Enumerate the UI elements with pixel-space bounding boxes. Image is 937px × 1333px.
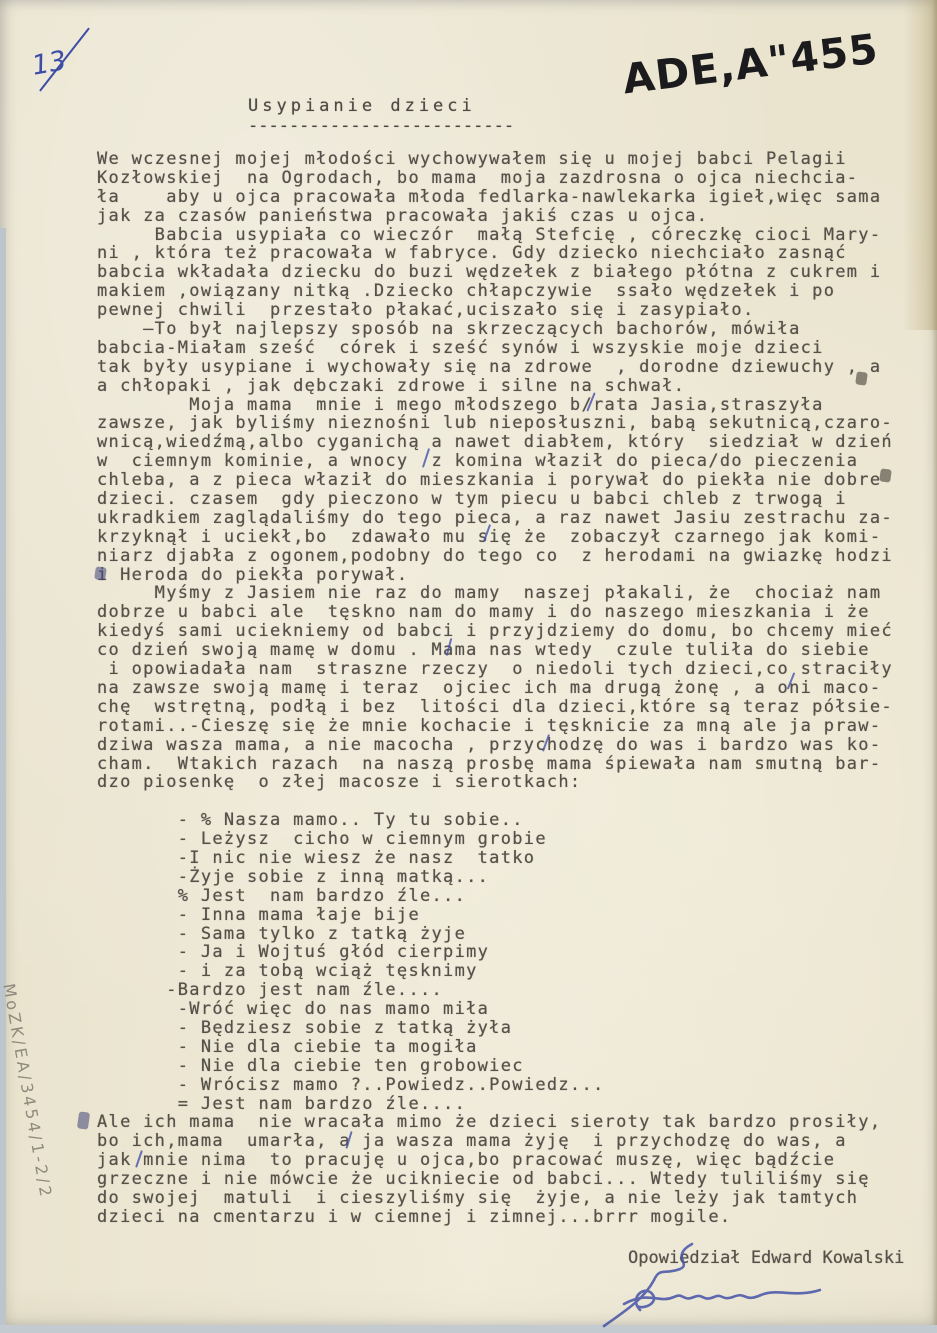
text-line: jak mnie nima to pracuję u ojca,bo praco…: [97, 1151, 893, 1170]
text-line: co dzień swoją mamę w domu . Mama nas wt…: [97, 641, 893, 660]
text-line: ła aby u ojca pracowała młoda fedlarka-n…: [97, 188, 893, 207]
text-line: - % Nasza mamo.. Ty tu sobie..: [97, 811, 893, 830]
text-line: chleba, a z pieca właził do mieszkania i…: [97, 471, 893, 490]
text-line: tak były usypiane i wychowały się na zdr…: [97, 358, 893, 377]
text-line: ukradkiem zaglądaliśmy do tego pieca, a …: [97, 509, 893, 528]
text-line: - Leżysz cicho w ciemnym grobie: [97, 830, 893, 849]
text-line: na zawsze swoją mamę i teraz ojciec ich …: [97, 679, 893, 698]
text-line: dzo piosenkę o złej macosze i sierotkach…: [97, 773, 893, 792]
text-line: - Inna mama łaje bije: [97, 906, 893, 925]
text-line: - Wrócisz mamo ?..Powiedz..Powiedz...: [97, 1076, 893, 1095]
text-line: Babcia usypiała co wieczór małą Stefcię …: [97, 226, 893, 245]
text-line: - Sama tylko z tatką żyje: [97, 925, 893, 944]
text-line: - Ja i Wojtuś głód cierpimy: [97, 943, 893, 962]
text-line: Ale ich mama nie wracała mimo że dzieci …: [97, 1113, 893, 1132]
text-line: Kozłowskiej na Ogrodach, bo mama moja za…: [97, 169, 893, 188]
text-line: - Będziesz sobie z tatką żyła: [97, 1019, 893, 1038]
title-underline: --------------------------: [248, 116, 514, 136]
text-line: krzyknął i uciekł,bo zdawało mu się że z…: [97, 528, 893, 547]
text-line: jak za czasów panieństwa pracowała jakiś…: [97, 207, 893, 226]
scan-background-sliver: [0, 1325, 937, 1333]
scan-background-sliver: [0, 228, 6, 1327]
text-line: wnicą,wiedźmą,albo cyganichą a nawet dia…: [97, 433, 893, 452]
text-line: -I nic nie wiesz że nasz tatko: [97, 849, 893, 868]
text-line: bo ich,mama umarła, a ja wasza mama żyję…: [97, 1132, 893, 1151]
text-line: makiem ,owiązany nitką .Dziecko chłapczy…: [97, 282, 893, 301]
text-line: = Jest nam bardzo źle....: [97, 1095, 893, 1114]
text-line: pewnej chwili przestało płakać,uciszało …: [97, 301, 893, 320]
body-lines: We wczesnej mojej młodości wychowywałem …: [97, 150, 893, 1227]
attribution-line: Opowiedział Edward Kowalski: [628, 1248, 904, 1268]
text-line: -Wróć więc do nas mamo miła: [97, 1000, 893, 1019]
text-line: dobrze u babci ale tęskno nam do mamy i …: [97, 603, 893, 622]
text-line: niarz djabła z ogonem,podobny do tego co…: [97, 547, 893, 566]
text-line: We wczesnej mojej młodości wychowywałem …: [97, 150, 893, 169]
text-line: grzeczne i nie mówcie że ucikniecie od b…: [97, 1170, 893, 1189]
text-line: —To był najlepszy sposób na skrzeczących…: [97, 320, 893, 339]
typed-overstrike: [855, 371, 868, 385]
text-line: babcia wkładała dziecku do buzi wędzełek…: [97, 263, 893, 282]
text-line: ni , która też pracowała w fabryce. Gdy …: [97, 244, 893, 263]
ink-blot: [94, 566, 107, 580]
text-line: do swojej matuli i cieszyliśmy się żyje,…: [97, 1189, 893, 1208]
text-line: dzieci. czasem gdy pieczono w tym piecu …: [97, 490, 893, 509]
text-line: -Żyje sobie z inną matką...: [97, 868, 893, 887]
text-line: -Bardzo jest nam źle....: [97, 981, 893, 1000]
text-line: i Heroda do piekła porywał.: [97, 566, 893, 585]
typed-overstrike: [879, 468, 892, 482]
text-line: a chłopaki , jak dębczaki zdrowe i silne…: [97, 377, 893, 396]
text-line: Moja mama mnie i mego młodszego b/rata J…: [97, 396, 893, 415]
text-line: Myśmy z Jasiem nie raz do mamy naszej pł…: [97, 584, 893, 603]
text-line: dziwa wasza mama, a nie macocha , przych…: [97, 736, 893, 755]
text-line: - Nie dla ciebie ta mogiła: [97, 1038, 893, 1057]
text-line: - i za tobą wciąż tęsknimy: [97, 962, 893, 981]
text-line: rotami..-Cieszę się że mnie kochacie i t…: [97, 717, 893, 736]
text-line: dzieci na cmentarzu i w ciemnej i zimnej…: [97, 1208, 893, 1227]
text-line: babcia-Miałam sześć córek i sześć synów …: [97, 339, 893, 358]
text-line: chę wstrętną, podłą i bez litości dla dz…: [97, 698, 893, 717]
text-line: w ciemnym kominie, a wnocy z komina właz…: [97, 452, 893, 471]
text-line: - Nie dla ciebie ten grobowiec: [97, 1057, 893, 1076]
text-line: [97, 792, 893, 811]
text-line: i opowiadała nam straszne rzeczy o niedo…: [97, 660, 893, 679]
text-line: % Jest nam bardzo źle...: [97, 887, 893, 906]
document-scan: { "document": { "title": "Usypianie dzie…: [0, 0, 937, 1333]
text-line: cham. Wtakich razach na naszą prosbę mam…: [97, 755, 893, 774]
text-line: kiedyś sami uciekniemy od babci i przyjd…: [97, 622, 893, 641]
document-title: Usypianie dzieci: [248, 96, 476, 116]
text-line: zawsze, jak byliśmy nieznośni lub niepos…: [97, 414, 893, 433]
ink-blot: [77, 1111, 90, 1129]
paper-edge-shadow: [932, 0, 937, 1327]
